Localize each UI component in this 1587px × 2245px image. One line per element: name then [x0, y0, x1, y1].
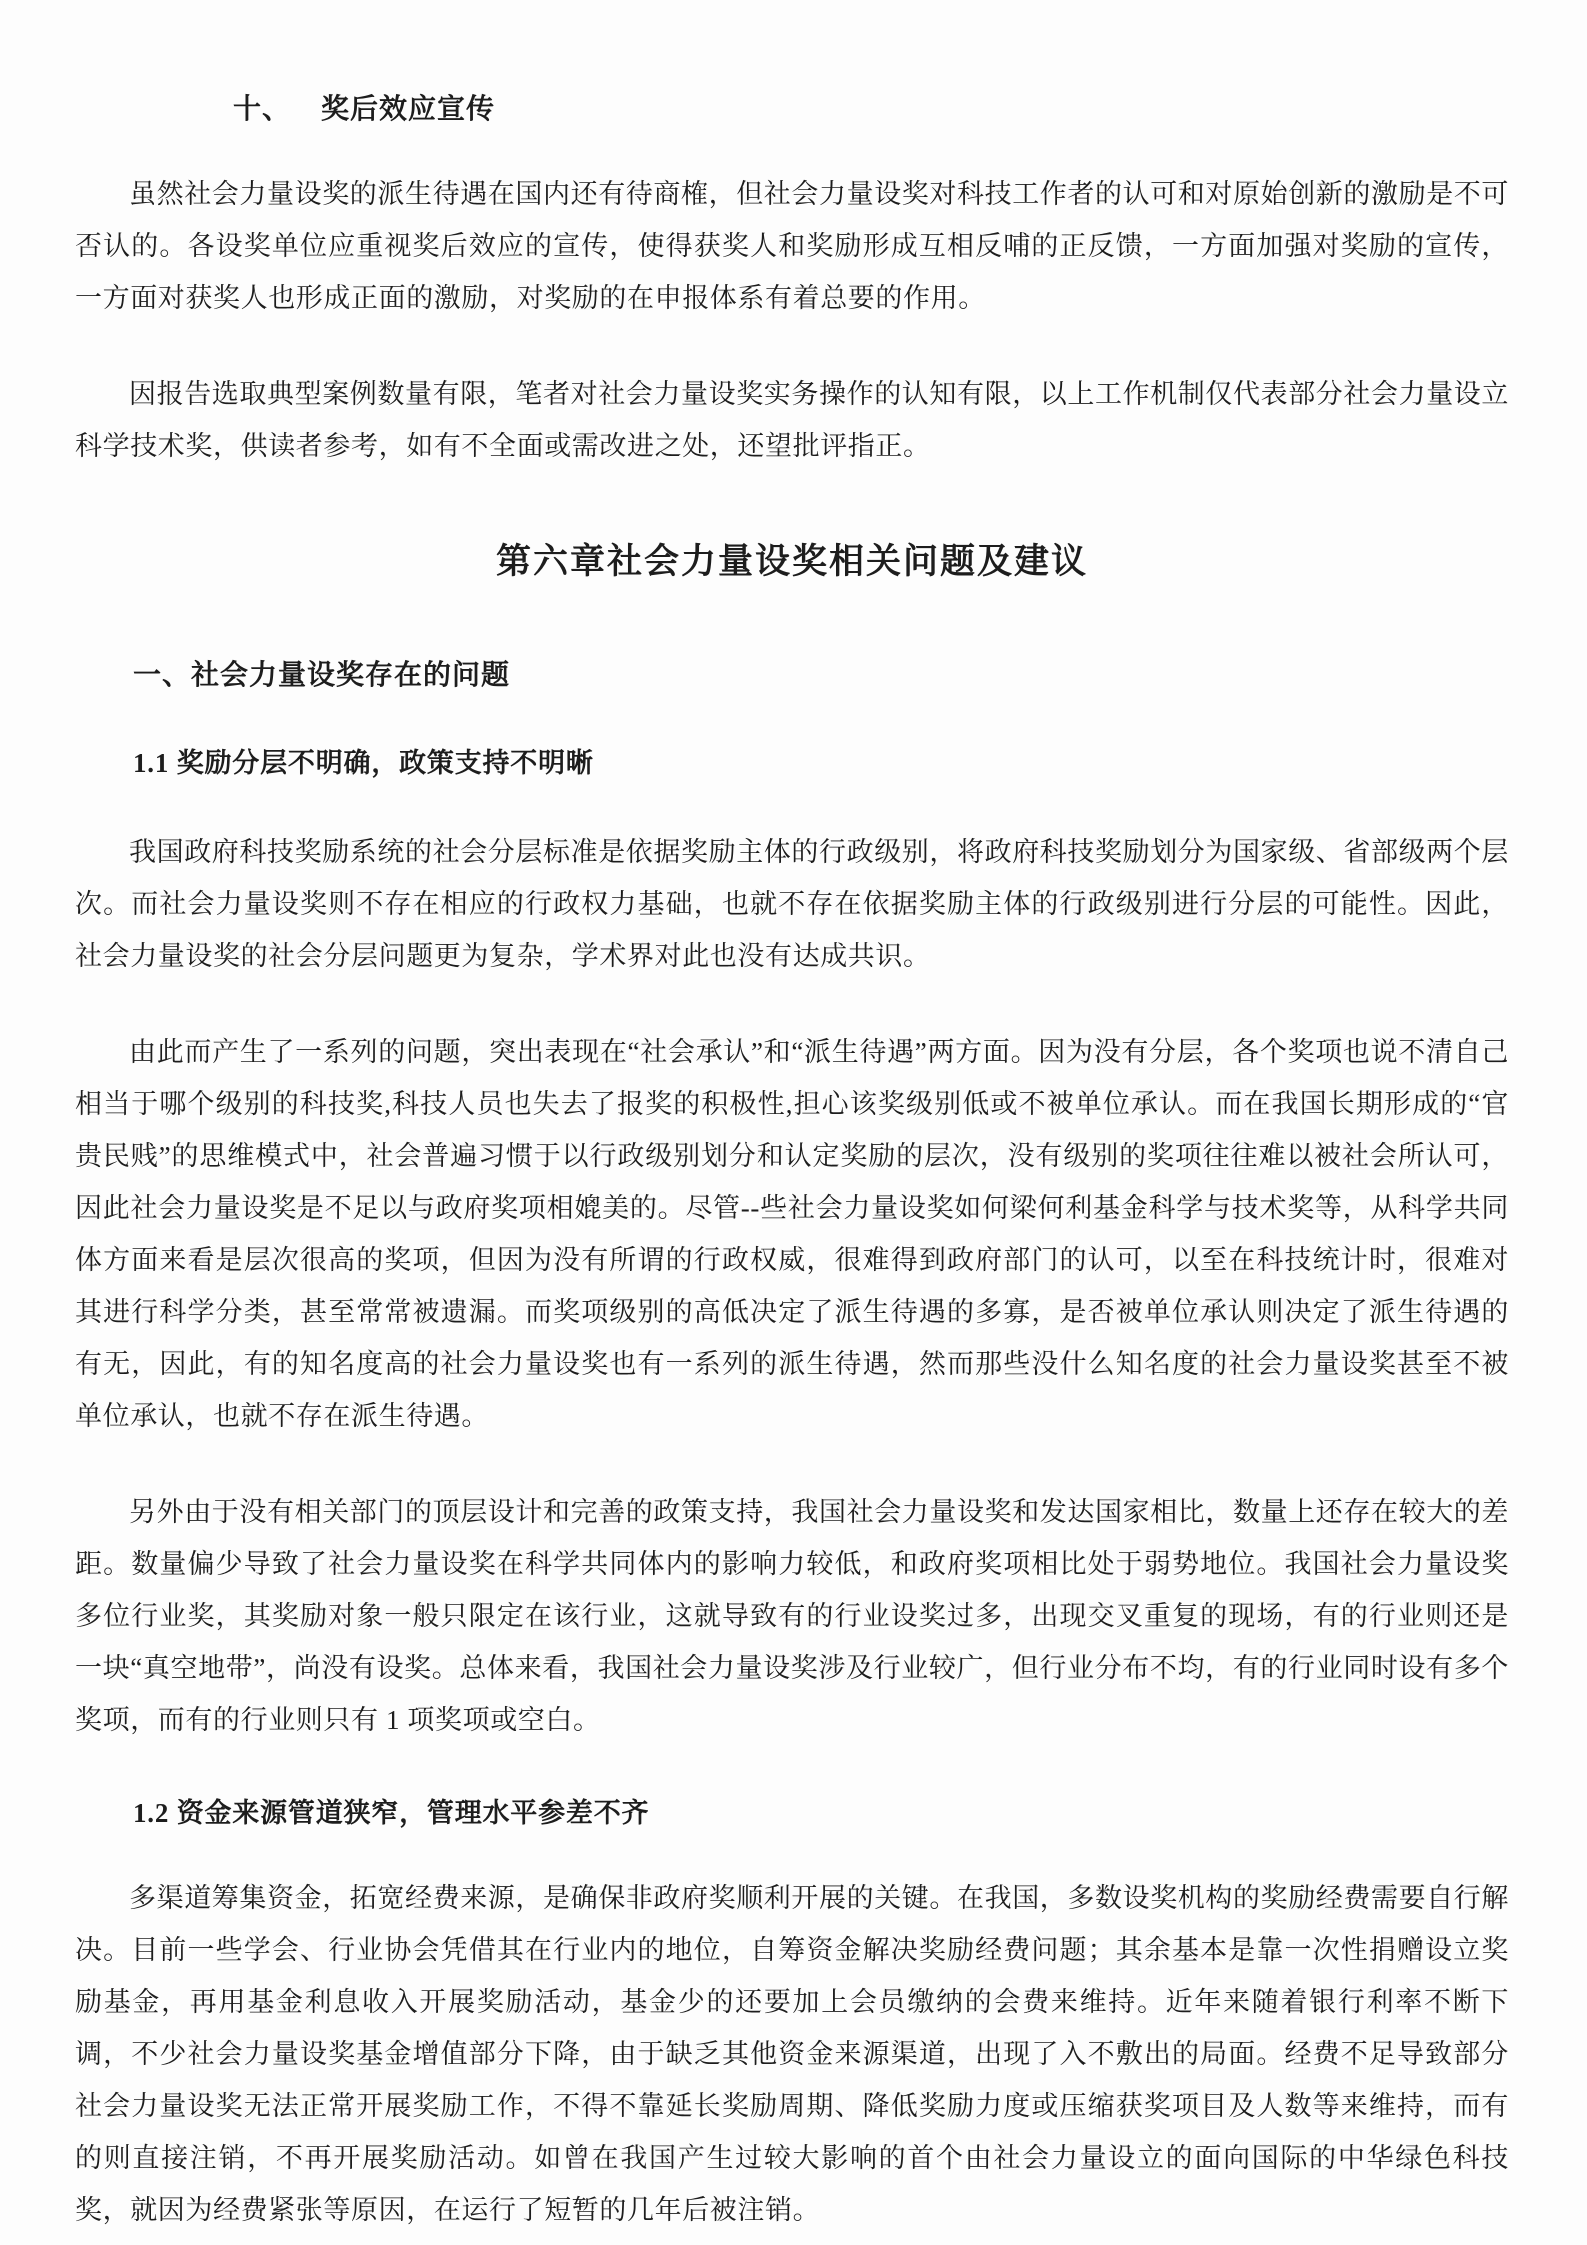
section-10-heading: 十、奖后效应宣传 [233, 90, 1509, 130]
document-page: 十、奖后效应宣传 虽然社会力量设奖的派生待遇在国内还有待商榷，但社会力量设奖对科… [0, 0, 1587, 2245]
paragraph-1-1-b: 由此而产生了一系列的问题，突出表现在“社会承认”和“派生待遇”两方面。因为没有分… [75, 1026, 1509, 1442]
chapter-6-title: 第六章社会力量设奖相关问题及建议 [75, 538, 1509, 586]
subsection-1-1-title: 1.1 奖励分层不明确，政策支持不明晰 [133, 744, 1509, 782]
paragraph-1-1-a: 我国政府科技奖励系统的社会分层标准是依据奖励主体的行政级别，将政府科技奖励划分为… [75, 826, 1509, 982]
paragraph-1-1-c: 另外由于没有相关部门的顶层设计和完善的政策支持，我国社会力量设奖和发达国家相比，… [75, 1486, 1509, 1746]
subsection-1-2-title: 1.2 资金来源管道狭窄，管理水平参差不齐 [133, 1794, 1509, 1832]
section-10-title: 奖后效应宣传 [321, 94, 495, 125]
paragraph-1-2-a: 多渠道筹集资金，拓宽经费来源，是确保非政府奖顺利开展的关键。在我国，多数设奖机构… [75, 1872, 1509, 2236]
section-1-title: 一、社会力量设奖存在的问题 [133, 656, 1509, 696]
paragraph-effect-publicity-2: 因报告选取典型案例数量有限，笔者对社会力量设奖实务操作的认知有限，以上工作机制仅… [75, 368, 1509, 472]
paragraph-effect-publicity-1: 虽然社会力量设奖的派生待遇在国内还有待商榷，但社会力量设奖对科技工作者的认可和对… [75, 168, 1509, 324]
section-10-number: 十、 [233, 94, 291, 125]
